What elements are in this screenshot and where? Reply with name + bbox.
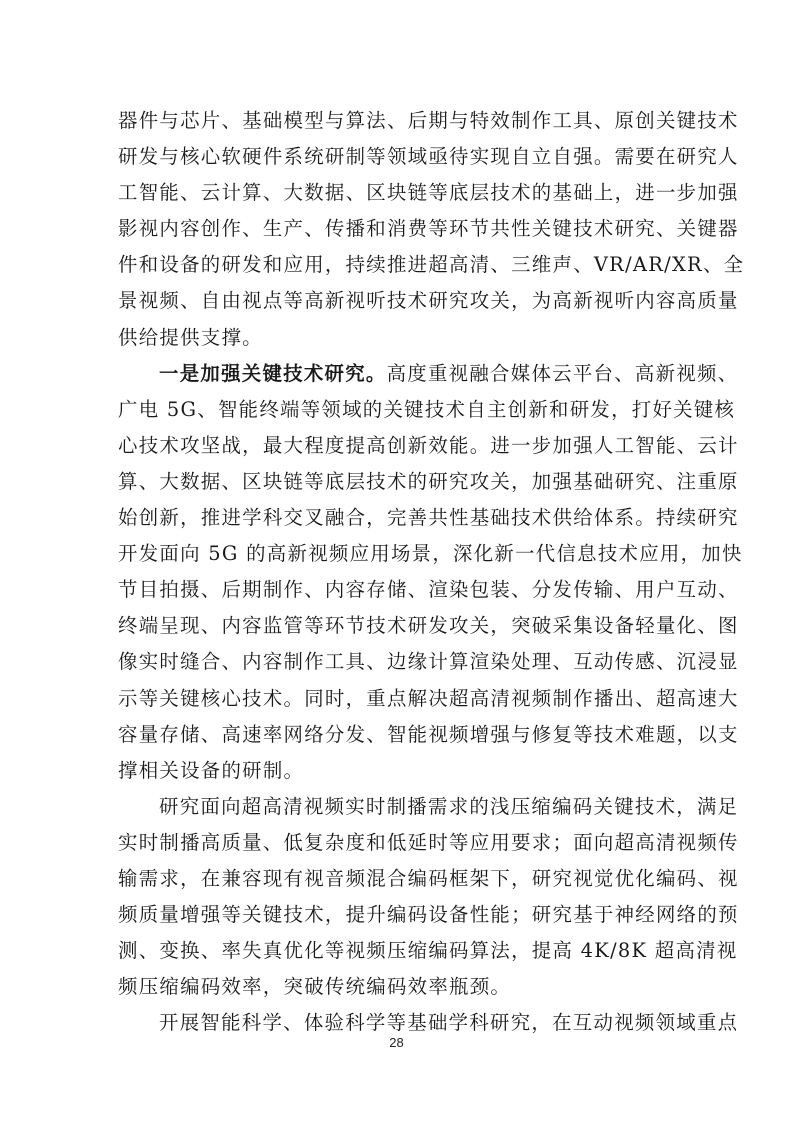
text-run: 高度重视融合媒体云平台、高新视频、 [387, 362, 739, 385]
text-line: 频质量增强等关键技术，提升编码设备性能；研究基于神经网络的预 [118, 897, 678, 933]
text-line: 影视内容创作、生产、传播和消费等环节共性关键技术研究、关键器 [118, 211, 678, 247]
text-line: 示等关键核心技术。同时，重点解决超高清视频制作播出、超高速大 [118, 681, 678, 717]
text-line: 始创新，推进学科交叉融合，完善共性基础技术供给体系。持续研究 [118, 500, 678, 536]
text-line: 供给提供支撑。 [118, 320, 678, 356]
paragraph-2: 一是加强关键技术研究。高度重视融合媒体云平台、高新视频、 广电 5G、智能终端等… [118, 356, 678, 789]
text-line: 像实时缝合、内容制作工具、边缘计算渲染处理、互动传感、沉浸显 [118, 644, 678, 680]
paragraph-3: 研究面向超高清视频实时制播需求的浅压缩编码关键技术，满足 实时制播高质量、低复杂… [118, 789, 678, 1006]
text-line: 开发面向 5G 的高新视频应用场景，深化新一代信息技术应用，加快 [118, 536, 678, 572]
text-line: 频压缩编码效率，突破传统编码效率瓶颈。 [118, 969, 678, 1005]
body-text: 器件与芯片、基础模型与算法、后期与特效制作工具、原创关键技术 研发与核心软硬件系… [118, 103, 678, 1041]
text-line: 心技术攻坚战，最大程度提高创新效能。进一步加强人工智能、云计 [118, 428, 678, 464]
document-page: 器件与芯片、基础模型与算法、后期与特效制作工具、原创关键技术 研发与核心软硬件系… [0, 0, 793, 1122]
text-line: 件和设备的研发和应用，持续推进超高清、三维声、VR/AR/XR、全 [118, 247, 678, 283]
text-line: 撑相关设备的研制。 [118, 753, 678, 789]
text-line: 节目拍摄、后期制作、内容存储、渲染包装、分发传输、用户互动、 [118, 572, 678, 608]
section-lead-heading: 一是加强关键技术研究。 [159, 362, 387, 385]
page-number: 28 [0, 1035, 793, 1050]
text-line: 景视频、自由视点等高新视听技术研究攻关，为高新视听内容高质量 [118, 283, 678, 319]
paragraph-1: 器件与芯片、基础模型与算法、后期与特效制作工具、原创关键技术 研发与核心软硬件系… [118, 103, 678, 356]
text-line: 算、大数据、区块链等底层技术的研究攻关，加强基础研究、注重原 [118, 464, 678, 500]
text-line: 器件与芯片、基础模型与算法、后期与特效制作工具、原创关键技术 [118, 103, 678, 139]
text-line: 广电 5G、智能终端等领域的关键技术自主创新和研发，打好关键核 [118, 392, 678, 428]
text-line: 工智能、云计算、大数据、区块链等底层技术的基础上，进一步加强 [118, 175, 678, 211]
text-line: 测、变换、率失真优化等视频压缩编码算法，提高 4K/8K 超高清视 [118, 933, 678, 969]
text-line: 实时制播高质量、低复杂度和低延时等应用要求；面向超高清视频传 [118, 825, 678, 861]
text-line: 研发与核心软硬件系统研制等领域亟待实现自立自强。需要在研究人 [118, 139, 678, 175]
text-line: 终端呈现、内容监管等环节技术研发攻关，突破采集设备轻量化、图 [118, 608, 678, 644]
text-line: 输需求，在兼容现有视音频混合编码框架下，研究视觉优化编码、视 [118, 861, 678, 897]
text-line: 一是加强关键技术研究。高度重视融合媒体云平台、高新视频、 [118, 356, 678, 392]
text-line: 容量存储、高速率网络分发、智能视频增强与修复等技术难题，以支 [118, 717, 678, 753]
text-line: 研究面向超高清视频实时制播需求的浅压缩编码关键技术，满足 [118, 789, 678, 825]
